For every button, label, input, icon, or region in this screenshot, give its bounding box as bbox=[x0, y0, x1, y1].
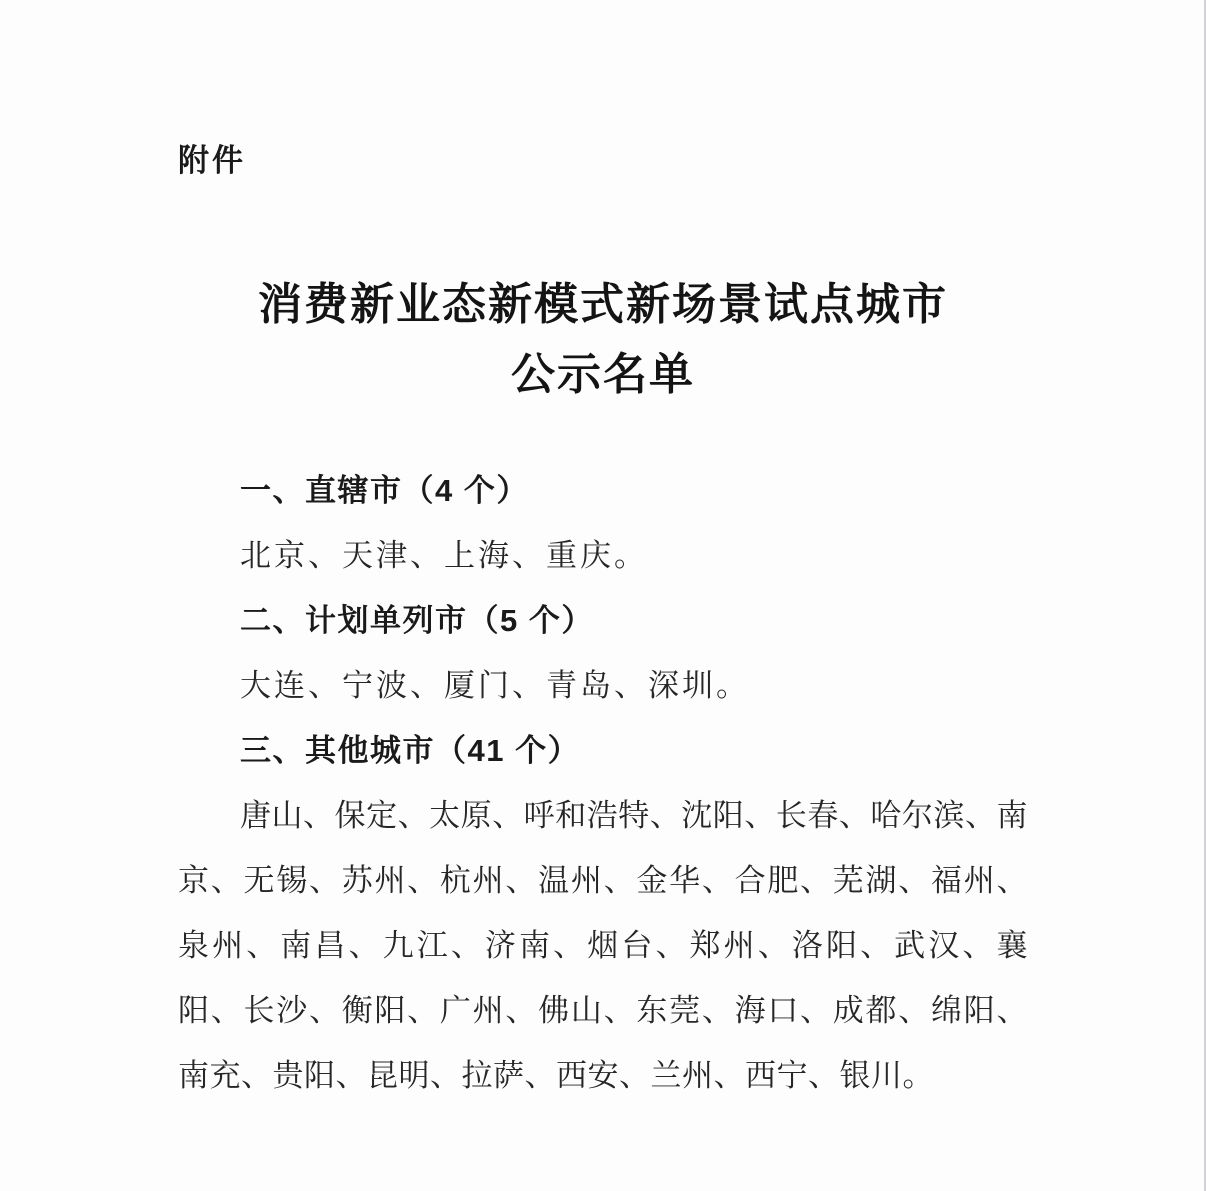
document-body: 一、直辖市（4 个） 北京、天津、上海、重庆。 二、计划单列市（5 个） 大连、… bbox=[178, 458, 1028, 1108]
city-list-municipalities: 北京、天津、上海、重庆。 bbox=[178, 523, 1028, 588]
section-heading-separately-planned-cities: 二、计划单列市（5 个） bbox=[178, 588, 1028, 653]
section-heading-other-cities: 三、其他城市（41 个） bbox=[178, 718, 1028, 783]
section-other-cities: 三、其他城市（41 个） 唐山、保定、太原、呼和浩特、沈阳、长春、哈尔滨、南京、… bbox=[178, 718, 1028, 1108]
section-municipalities: 一、直辖市（4 个） 北京、天津、上海、重庆。 bbox=[178, 458, 1028, 588]
section-heading-municipalities: 一、直辖市（4 个） bbox=[178, 458, 1028, 523]
attachment-label: 附件 bbox=[178, 138, 1028, 184]
city-list-separately-planned-cities: 大连、宁波、厦门、青岛、深圳。 bbox=[178, 653, 1028, 718]
document-page: 附件 消费新业态新模式新场景试点城市 公示名单 一、直辖市（4 个） 北京、天津… bbox=[0, 0, 1206, 1191]
document-title: 消费新业态新模式新场景试点城市 公示名单 bbox=[178, 270, 1028, 410]
city-list-other-cities: 唐山、保定、太原、呼和浩特、沈阳、长春、哈尔滨、南京、无锡、苏州、杭州、温州、金… bbox=[178, 783, 1028, 1108]
section-separately-planned-cities: 二、计划单列市（5 个） 大连、宁波、厦门、青岛、深圳。 bbox=[178, 588, 1028, 718]
document-title-line2: 公示名单 bbox=[178, 340, 1028, 410]
document-title-line1: 消费新业态新模式新场景试点城市 bbox=[178, 270, 1028, 340]
